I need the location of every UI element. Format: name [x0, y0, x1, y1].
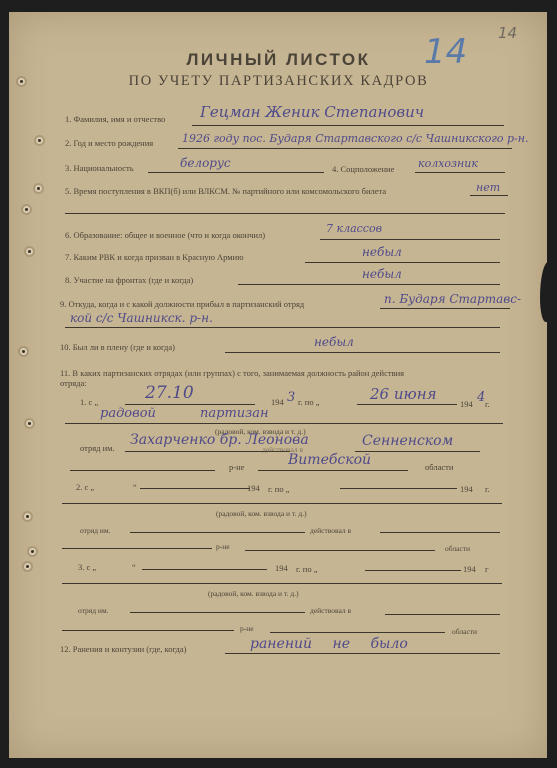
field-3-value: белорус [180, 156, 231, 170]
field-12-line [225, 653, 500, 654]
field-5-line-2 [65, 213, 505, 214]
punch-hole [23, 206, 30, 213]
unit-1-from-line [125, 404, 255, 405]
field-9-value-line2: кой с/с Чашникск. р-н. [70, 311, 213, 325]
unit-1-to-line [357, 404, 457, 405]
unit-1-rne-line [70, 470, 215, 471]
page-subtitle: ПО УЧЕТУ ПАРТИЗАНСКИХ КАДРОВ [0, 73, 557, 90]
field-5-label: 5. Время поступления в ВКП(б) или ВЛКСМ.… [65, 186, 386, 196]
field-11-label-2: отряда: [60, 378, 87, 388]
field-9-line-2 [65, 327, 500, 328]
unit-2-oblast-line [245, 550, 435, 551]
field-9-line [380, 308, 510, 309]
unit-1-to-year: 194 [460, 399, 473, 409]
field-6-label: 6. Образование: общее и военное (что и к… [65, 230, 265, 240]
punch-hole [26, 248, 33, 255]
unit-3-oblast-label: области [452, 627, 477, 636]
unit-1-g: г. [485, 399, 490, 409]
unit-2-from-year: 194 [247, 483, 260, 493]
unit-2-acted-line [380, 532, 500, 533]
unit-1-oblast-value: Витебской [288, 452, 371, 468]
unit-2-otryad-label: отряд им. [80, 526, 111, 535]
unit-1-to-label: г. по „ [298, 397, 319, 407]
field-1-label: 1. Фамилия, имя и отчество [65, 114, 165, 124]
unit-1-oblast-line [258, 470, 408, 471]
field-3-label: 3. Национальность [65, 163, 134, 173]
unit-3-acted-line [385, 614, 500, 615]
field-11-label: 11. В каких партизанских отрядах (или гр… [60, 368, 404, 378]
field-5-line [470, 195, 508, 196]
field-7-value: небыл [362, 245, 402, 259]
unit-3-to-label: г. по „ [296, 564, 317, 574]
sheet-number-pencil: 14 [498, 24, 517, 42]
field-6-line [320, 239, 500, 240]
field-6-value: 7 классов [326, 222, 382, 235]
field-4-value: колхозник [418, 157, 478, 170]
unit-1-oblast-label: области [425, 462, 453, 472]
unit-2-to-label: г. по „ [268, 484, 289, 494]
unit-3-rne-line [62, 630, 234, 631]
unit-3-num: 3. с „ [78, 562, 96, 572]
unit-2-position-line [62, 503, 502, 504]
field-2-label: 2. Год и место рождения [65, 138, 153, 148]
unit-3-position-line [62, 583, 502, 584]
punch-hole [36, 137, 43, 144]
unit-3-position-hint: (радовой, ком. взвода и т. д.) [208, 589, 299, 598]
unit-3-to-line [365, 570, 461, 571]
unit-3-otryad-label: отряд им. [78, 606, 109, 615]
unit-2-to-line [340, 488, 457, 489]
unit-1-acted-line [355, 451, 480, 452]
unit-1-acted-value: Сенненском [362, 433, 453, 449]
field-3-line [148, 172, 324, 173]
page-title: ЛИЧНЫЙ ЛИСТОК [0, 50, 557, 70]
field-10-value: небыл [314, 335, 354, 349]
unit-3-otryad-line [130, 612, 305, 613]
unit-2-rne-label: р-не [216, 542, 230, 551]
unit-3-acted-label: действовал в [310, 606, 351, 615]
field-2-value: 1926 году пос. Бударя Стартавского с/с Ч… [182, 132, 529, 145]
field-4-label: 4. Соцположение [332, 164, 394, 174]
field-9-value-line1: п. Бударя Стартавс- [384, 292, 521, 306]
unit-2-position-hint: (радовой, ком. взвода и т. д.) [216, 509, 307, 518]
unit-1-from-year-suffix: 3 [287, 390, 295, 405]
field-1-line [192, 125, 504, 126]
paper-tear [540, 262, 554, 322]
unit-3-to-year: 194 [463, 564, 476, 574]
punch-hole [35, 185, 42, 192]
unit-1-position: радовой партизан [100, 406, 269, 421]
field-9-label: 9. Откуда, когда и с какой должности при… [60, 299, 304, 309]
punch-hole [24, 513, 31, 520]
unit-2-to-year: 194 [460, 484, 473, 494]
unit-1-num: 1. с „ [80, 397, 98, 407]
field-8-value: небыл [362, 267, 402, 281]
unit-2-num: 2. с „ [76, 482, 94, 492]
field-8-line [238, 284, 500, 285]
field-12-label: 12. Ранения и контузии (где, когда) [60, 644, 187, 654]
field-7-line [305, 262, 500, 263]
punch-hole [26, 420, 33, 427]
unit-1-from-year: 194 [271, 397, 284, 407]
field-5-value: нет [476, 181, 500, 194]
field-4-line [415, 172, 505, 173]
field-7-label: 7. Каким РВК и когда призван в Красную А… [65, 252, 244, 262]
field-12-value: ранений не было [250, 636, 408, 652]
unit-1-from-date: 27.10 [145, 383, 194, 403]
unit-2-acted-label: действовал в [310, 526, 351, 535]
unit-1-to-date: 26 июня [370, 385, 437, 403]
unit-1-position-line [65, 423, 503, 424]
unit-2-from-line [140, 488, 250, 489]
unit-3-from-line [142, 569, 267, 570]
punch-hole [20, 348, 27, 355]
unit-2-g: г. [485, 484, 490, 494]
unit-3-rne-label: р-не [240, 624, 254, 633]
unit-2-oblast-label: области [445, 544, 470, 553]
field-10-label: 10. Был ли в плену (где и когда) [60, 342, 175, 352]
unit-3-g: г [485, 564, 489, 574]
unit-2-rne-line [62, 548, 212, 549]
field-2-line [178, 148, 512, 149]
unit-1-otryad-label: отряд им. [80, 443, 115, 453]
unit-3-oblast-line [270, 632, 445, 633]
unit-2-otryad-line [130, 532, 305, 533]
field-8-label: 8. Участие на фронтах (где и когда) [65, 275, 193, 285]
unit-1-rne-label: р-не [229, 462, 244, 472]
punch-hole [29, 548, 36, 555]
field-10-line [225, 352, 500, 353]
unit-3-from-year: 194 [275, 563, 288, 573]
punch-hole [24, 563, 31, 570]
field-1-value: Гецман Женик Степанович [200, 103, 424, 121]
